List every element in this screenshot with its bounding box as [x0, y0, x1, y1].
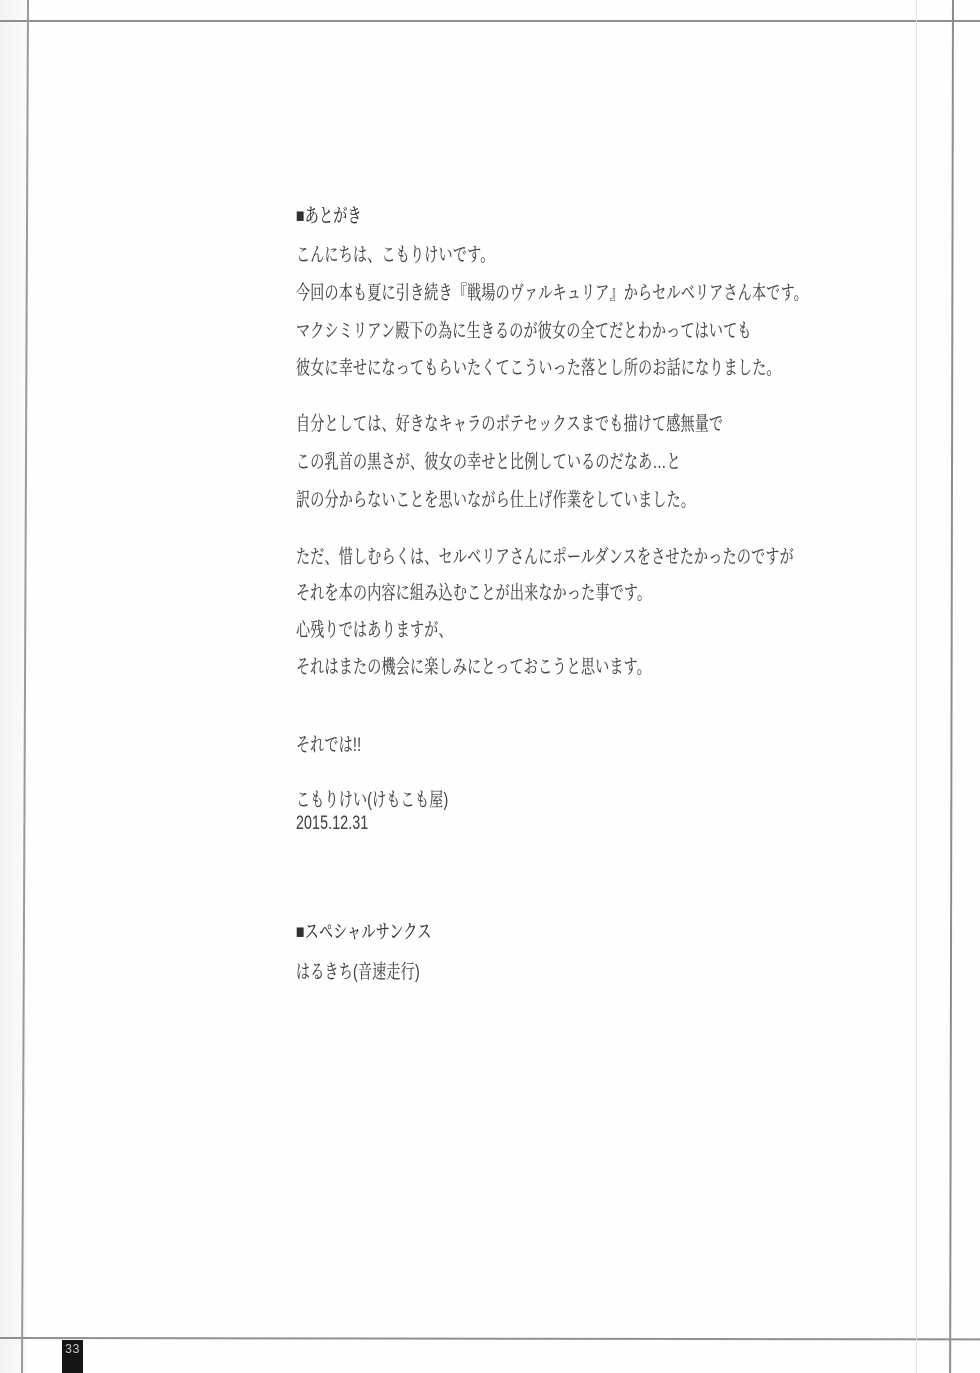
- afterword-line: 訳の分からないことを思いながら仕上げ作業をしていました。: [296, 489, 695, 511]
- page-number: 33: [62, 1340, 83, 1356]
- signature-name: こもりけい(けもこも屋): [296, 789, 448, 811]
- afterword-line: こんにちは、こもりけいです。: [296, 244, 494, 266]
- afterword-line: 彼女に幸せになってもらいたくてこういった落とし所のお話になりました。: [296, 357, 781, 379]
- frame-bottom-line: [0, 1337, 980, 1340]
- afterword-line: マクシミリアン殿下の為に生きるのが彼女の全てだとわかってはいても: [296, 320, 752, 342]
- afterword-line: それはまたの機会に楽しみにとっておこうと思います。: [296, 656, 651, 678]
- closing-line: それでは!!: [296, 734, 361, 756]
- afterword-line: それを本の内容に組み込むことが出来なかった事です。: [296, 582, 651, 604]
- page-number-box: 33: [62, 1340, 83, 1373]
- signature-date: 2015.12.31: [296, 812, 368, 834]
- afterword-line: 心残りではありますが、: [296, 619, 453, 641]
- special-thanks-heading: ■スペシャルサンクス: [296, 921, 432, 943]
- afterword-line: 今回の本も夏に引き続き『戦場のヴァルキュリア』からセルベリアさん本です。: [296, 282, 808, 304]
- frame-top-line: [0, 20, 980, 22]
- afterword-line: ただ、惜しむらくは、セルベリアさんにポールダンスをさせたかったのですが: [296, 546, 794, 568]
- special-thanks-credit: はるきち(音速走行): [296, 961, 420, 983]
- frame-right-line: [949, 0, 954, 1373]
- afterword-line: この乳首の黒さが、彼女の幸せと比例しているのだなあ…と: [296, 451, 681, 473]
- afterword-heading: ■あとがき: [296, 205, 362, 227]
- frame-right-faint-line: [916, 0, 917, 1373]
- afterword-line: 自分としては、好きなキャラのボテセックスまでも描けて感無量で: [296, 413, 723, 435]
